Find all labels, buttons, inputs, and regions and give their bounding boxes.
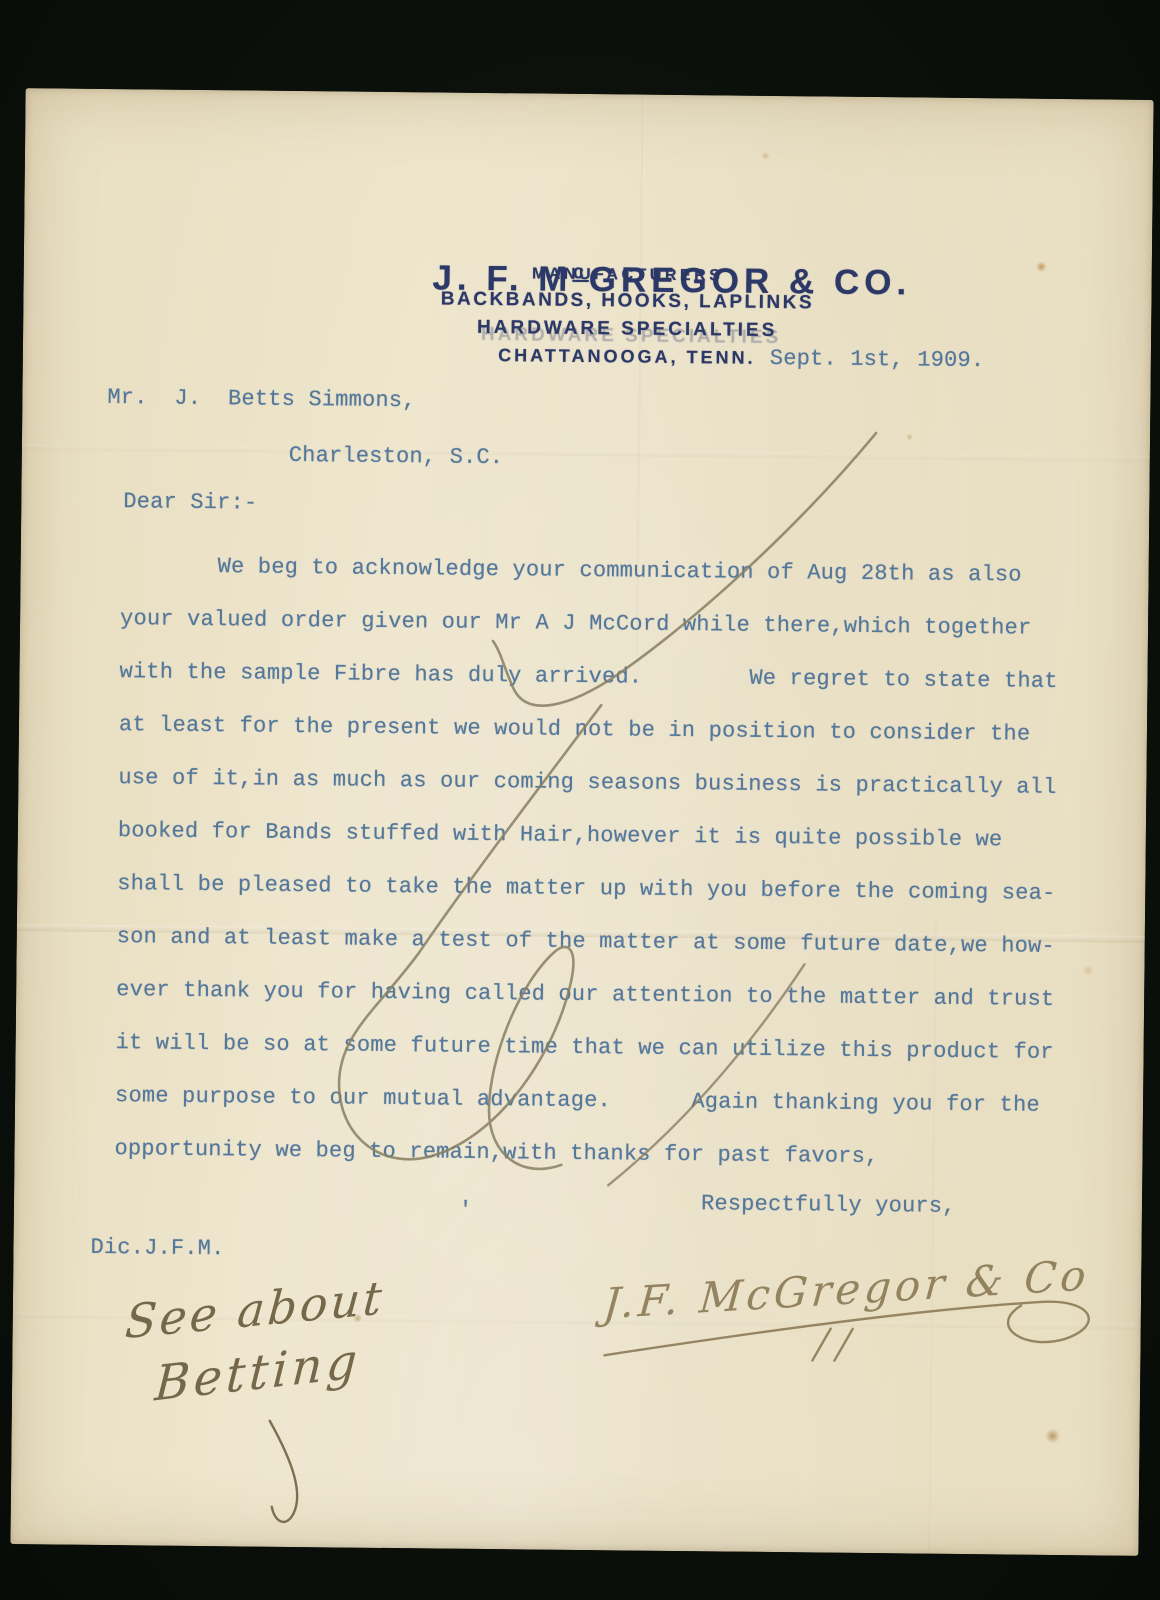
letterhead-city-line: CHATTANOOGA, TENN.	[63, 341, 1160, 374]
fold-line-upper	[22, 444, 1150, 462]
body-line: it will be so at some future time that w…	[116, 1030, 1054, 1065]
crease-vertical-bottom	[928, 918, 939, 1554]
stain-spot	[1045, 1429, 1061, 1443]
letter-date: Sept. 1st, 1909.	[770, 346, 985, 373]
recipient-address: Charleston, S.C.	[289, 443, 504, 470]
handwritten-note-line2: Betting	[153, 1333, 363, 1413]
closing-phrase: Respectfully yours,	[701, 1191, 956, 1219]
stain-spot	[1082, 965, 1093, 975]
note-descender-tail	[269, 1421, 298, 1522]
stain-spot	[761, 152, 770, 160]
body-line: with the sample Fibre has duly arrived. …	[119, 659, 1057, 694]
body-line: opportunity we beg to remain,with thanks…	[114, 1136, 878, 1169]
letter-paper: J. F. McGREGOR & CO. MANUFACTURERS BACKB…	[10, 88, 1153, 1556]
stain-spot	[906, 433, 913, 440]
body-line: at least for the present we would not be…	[119, 712, 1031, 747]
scanned-letter-photo: J. F. McGREGOR & CO. MANUFACTURERS BACKB…	[0, 0, 1160, 1600]
body-line: booked for Bands stuffed with Hair,howev…	[118, 818, 1003, 852]
dictation-initials: Dic.J.F.M.	[90, 1235, 224, 1261]
body-line: We beg to acknowledge your communication…	[218, 554, 1022, 587]
recipient-name: Mr. J. Betts Simmons,	[107, 385, 415, 413]
body-line: shall be pleased to take the matter up w…	[117, 871, 1055, 906]
signature-tick-marks	[812, 1328, 852, 1360]
body-line: ever thank you for having called our att…	[116, 977, 1054, 1012]
body-line: some purpose to our mutual advantage. Ag…	[115, 1083, 1040, 1118]
body-line: use of it,in as much as our coming seaso…	[118, 765, 1056, 800]
signature-text: J.F. McGregor & Co	[602, 1250, 1092, 1328]
salutation: Dear Sir:-	[123, 489, 257, 515]
body-line: your valued order given our Mr A J McCor…	[120, 606, 1032, 641]
body-line: son and at least make a test of the matt…	[117, 924, 1055, 959]
stray-typed-mark: '	[459, 1198, 473, 1223]
